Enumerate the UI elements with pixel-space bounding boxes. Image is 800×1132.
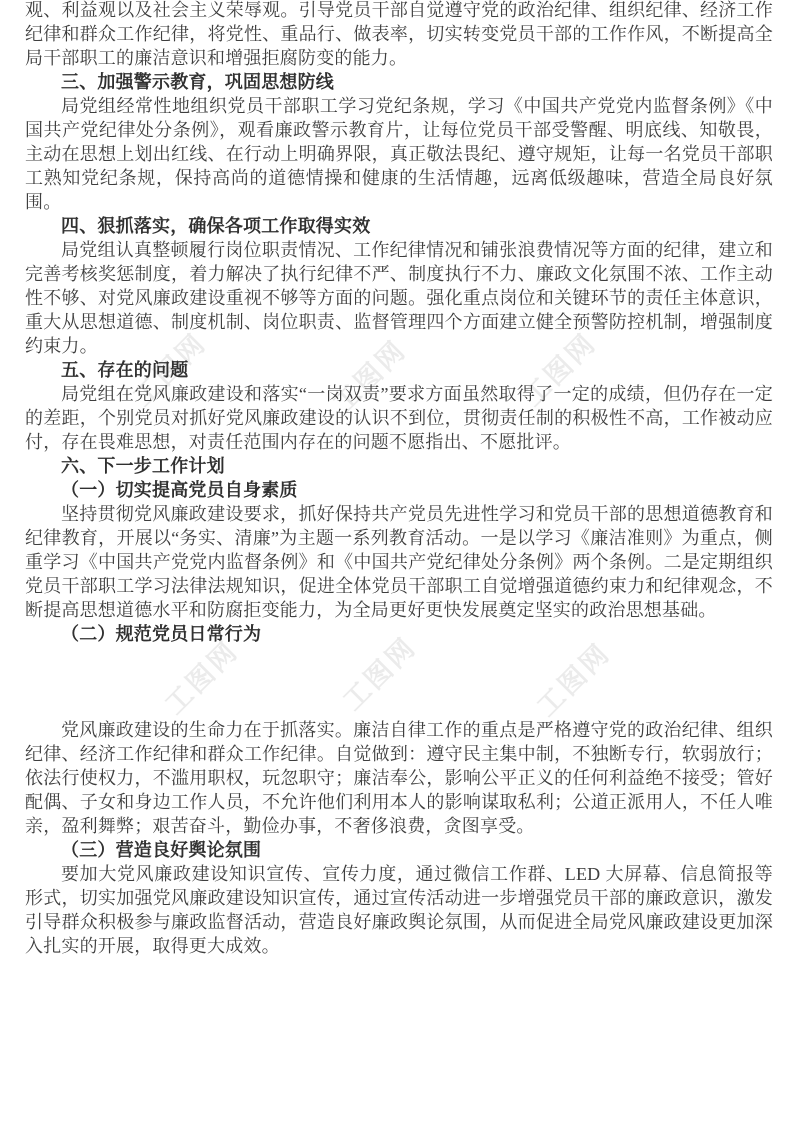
document-page: 工图网工图网工图网工图网工图网工图网 观、利益观以及社会主义荣辱观。引导党员干部… [0,0,800,1132]
section-heading: （二）规范党员日常行为 [25,622,773,646]
body-paragraph: 要加大党风廉政建设知识宣传、宣传力度，通过微信工作群、LED 大屏幕、信息简报等… [25,862,773,958]
body-paragraph: 局党组经常性地组织党员干部职工学习党纪条规，学习《中国共产党党内监督条例》《中国… [25,94,773,214]
section-heading: 五、存在的问题 [25,358,773,382]
section-heading: （一）切实提高党员自身素质 [25,478,773,502]
body-paragraph: 坚持贯彻党风廉政建设要求，抓好保持共产党员先进性学习和党员干部的思想道德教育和纪… [25,502,773,622]
section-heading: 四、狠抓落实，确保各项工作取得实效 [25,214,773,238]
body-paragraph: 局党组在党风廉政建设和落实“一岗双责”要求方面虽然取得了一定的成绩，但仍存在一定… [25,382,773,454]
section-heading: （三）营造良好舆论氛围 [25,838,773,862]
section-heading: 六、下一步工作计划 [25,454,773,478]
blank-gap [25,646,773,718]
section-heading: 三、加强警示教育，巩固思想防线 [25,70,773,94]
body-paragraph-continuation: 观、利益观以及社会主义荣辱观。引导党员干部自觉遵守党的政治纪律、组织纪律、经济工… [25,0,773,70]
body-paragraph: 党风廉政建设的生命力在于抓落实。廉洁自律工作的重点是严格遵守党的政治纪律、组织纪… [25,718,773,838]
body-paragraph: 局党组认真整顿履行岗位职责情况、工作纪律情况和铺张浪费情况等方面的纪律，建立和完… [25,238,773,358]
document-body: 观、利益观以及社会主义荣辱观。引导党员干部自觉遵守党的政治纪律、组织纪律、经济工… [25,0,773,958]
